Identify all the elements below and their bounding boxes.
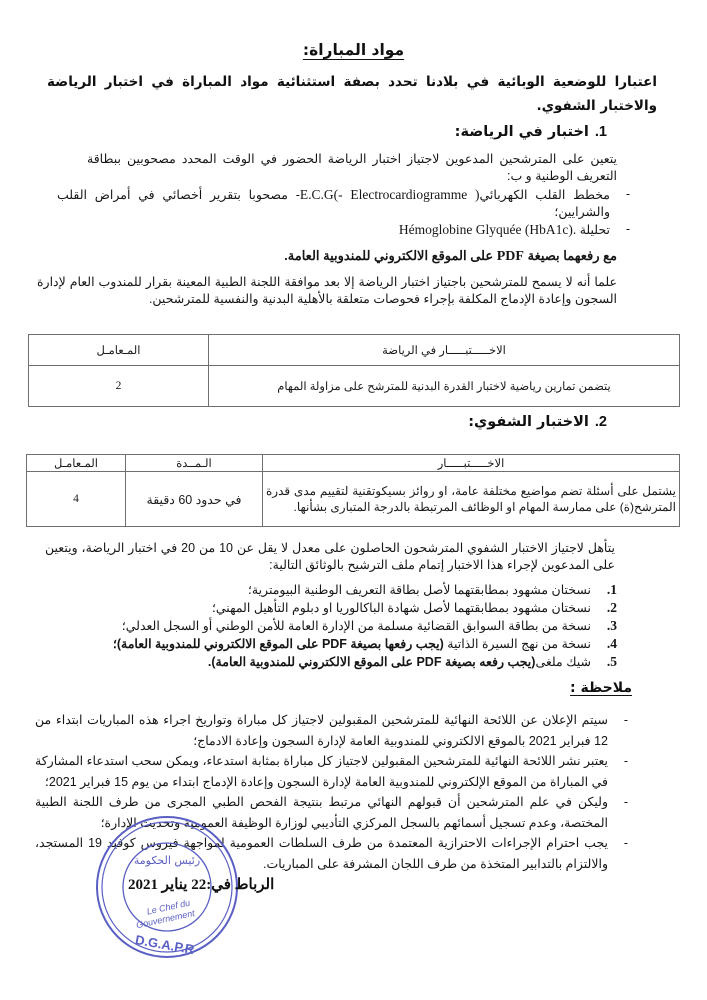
- coefficient-value: 4: [27, 472, 126, 527]
- stamp-inner-ar: رئيس الحكومة: [134, 854, 200, 867]
- requirement-text: تحليلة: [580, 223, 610, 237]
- item-number: 5.: [607, 653, 617, 671]
- note-item: سيتم الإعلان عن اللائحة النهائية للمترشح…: [35, 710, 630, 751]
- item-text: نسخة من بطاقة السوابق القضائية مسلمة من …: [122, 619, 591, 633]
- item-number: 4.: [607, 635, 617, 653]
- section-number: 2.: [595, 414, 607, 430]
- item-text: نسختان مشهود بمطابقتهما لأصل بطاقة التعر…: [248, 583, 591, 597]
- upload-note-text-after: على الموقع الالكتروني للمندوبية العامة.: [284, 248, 493, 263]
- sport-requirements: مخطط القلب الكهربائيE.C.G(- Electrocardi…: [57, 186, 632, 239]
- table-row: يشتمل على أسئلة تضم مواضيع مختلفة عامة، …: [27, 472, 680, 527]
- place-date: الرباط في:22 يناير 2021: [128, 875, 274, 894]
- test-description: يشتمل على أسئلة تضم مواضيع مختلفة عامة، …: [263, 472, 680, 527]
- document-item: 3.نسخة من بطاقة السوابق القضائية مسلمة م…: [57, 617, 617, 635]
- requirement-item: تحليلة Hémoglobine Glyquée (HbA1c).: [57, 221, 632, 239]
- table-header-test: الاخـــــتبـــــار: [263, 455, 680, 472]
- requirement-latin: E.C.G(- Electrocardiogramme ): [300, 187, 480, 202]
- test-description: يتضمن تمارين رياضية لاختبار القدرة البدن…: [209, 366, 680, 407]
- item-text: شيك ملغى: [535, 655, 591, 669]
- eligibility-paragraph: يتأهل لاجتياز الاختبار الشفوي المترشحون …: [45, 540, 615, 574]
- notes-heading: ملاحظة :: [570, 680, 632, 696]
- item-number: 3.: [607, 617, 617, 635]
- item-upload-note: (يجب رفعه بصيغة PDF على الموقع الالكترون…: [208, 655, 536, 669]
- requirement-item: مخطط القلب الكهربائيE.C.G(- Electrocardi…: [57, 186, 632, 221]
- item-number: 2.: [607, 599, 617, 617]
- table-header-duration: الـمــدة: [126, 455, 263, 472]
- section-title: اختبار في الرياضة:: [455, 124, 589, 140]
- upload-note-text: مع رفعهما بصيغة: [528, 248, 617, 263]
- table-header-coefficient: المـعامـل: [27, 455, 126, 472]
- table-header-coefficient: المـعامـل: [29, 335, 209, 366]
- table-header-test: الاخـــــتبـــــار في الرياضة: [209, 335, 680, 366]
- section-sport-heading: 1.اختبار في الرياضة:: [455, 122, 607, 142]
- sport-table: الاخـــــتبـــــار في الرياضة المـعامـل …: [28, 334, 680, 407]
- requirement-latin: Hémoglobine Glyquée (HbA1c).: [399, 222, 576, 237]
- duration-value: في حدود 60 دقيقة: [126, 472, 263, 527]
- section-number: 1.: [595, 124, 607, 140]
- required-documents: 1.نسختان مشهود بمطابقتهما لأصل بطاقة الت…: [57, 581, 617, 671]
- note-item: يعتبر نشر اللائحة النهائية للمترشحين الم…: [35, 751, 630, 792]
- table-row: يتضمن تمارين رياضية لاختبار القدرة البدن…: [29, 366, 680, 407]
- item-upload-note: (يجب رفعها بصيغة PDF على الموقع الالكترو…: [113, 637, 444, 651]
- pdf-label: PDF: [497, 249, 524, 264]
- requirement-text: مخطط القلب الكهربائي: [479, 188, 610, 202]
- document-item: 4.نسخة من نهج السيرة الذاتية (يجب رفعها …: [57, 635, 617, 653]
- item-text: نسختان مشهود بمطابقتهما لأصل شهادة الباك…: [212, 601, 591, 615]
- document-item: 1.نسختان مشهود بمطابقتهما لأصل بطاقة الت…: [57, 581, 617, 599]
- item-number: 1.: [607, 581, 617, 599]
- item-text: نسخة من نهج السيرة الذاتية: [444, 637, 591, 651]
- section-title: الاختبار الشفوي:: [468, 414, 589, 430]
- intro-paragraph: اعتبارا للوضعية الوبائية في بلادنا تحدد …: [47, 70, 657, 118]
- coefficient-value: 2: [29, 366, 209, 407]
- upload-note: مع رفعهما بصيغة PDF على الموقع الالكترون…: [284, 247, 617, 265]
- document-item: 5.شيك ملغى(يجب رفعه بصيغة PDF على الموقع…: [57, 653, 617, 671]
- document-item: 2.نسختان مشهود بمطابقتهما لأصل شهادة الب…: [57, 599, 617, 617]
- section-oral-heading: 2.الاختبار الشفوي:: [468, 412, 607, 432]
- oral-table: الاخـــــتبـــــار الـمــدة المـعامـل يش…: [26, 454, 680, 527]
- medical-note: علما أنه لا يسمح للمترشحين باجتياز اختبا…: [37, 274, 617, 308]
- page-title: مواد المباراة:: [0, 40, 707, 60]
- sport-paragraph: يتعين على المترشحين المدعوين لاجتياز اخت…: [87, 151, 617, 185]
- page-title-text: مواد المباراة:: [303, 41, 404, 59]
